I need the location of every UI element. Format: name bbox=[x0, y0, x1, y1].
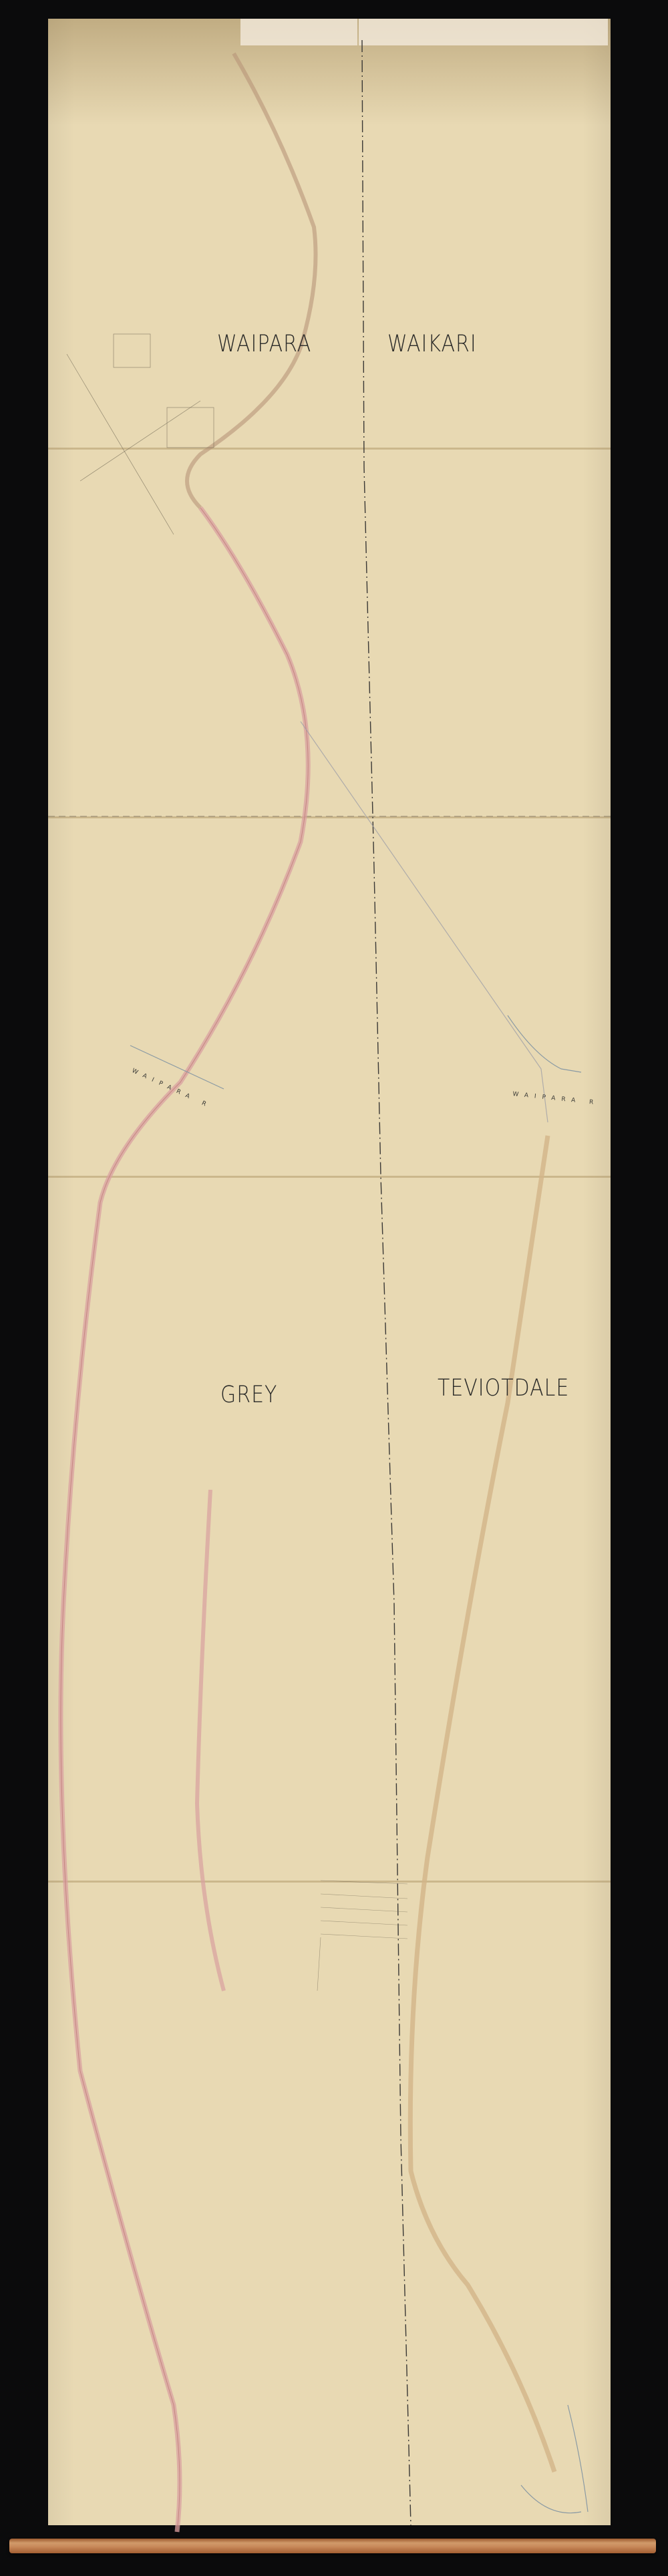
waipara-river-east-line bbox=[508, 1015, 581, 1072]
town-lots bbox=[317, 1881, 407, 1991]
district-label-waipara: WAIPARA bbox=[217, 331, 311, 357]
river-lower-east bbox=[521, 2405, 588, 2513]
diagonal-track bbox=[301, 721, 548, 1122]
map-linework bbox=[0, 0, 668, 2576]
track-upper bbox=[187, 53, 316, 508]
district-boundary bbox=[362, 40, 411, 2525]
main-road-west bbox=[61, 508, 308, 2532]
road-middle bbox=[197, 1490, 224, 1991]
district-label-waikari: WAIKARI bbox=[387, 331, 477, 357]
survey-blocks bbox=[67, 334, 214, 534]
wooden-roller bbox=[9, 2539, 656, 2553]
main-road-east bbox=[410, 1136, 554, 2472]
district-label-grey: GREY bbox=[220, 1382, 277, 1408]
district-label-teviotdale: TEVIOTDALE bbox=[438, 1375, 569, 1402]
